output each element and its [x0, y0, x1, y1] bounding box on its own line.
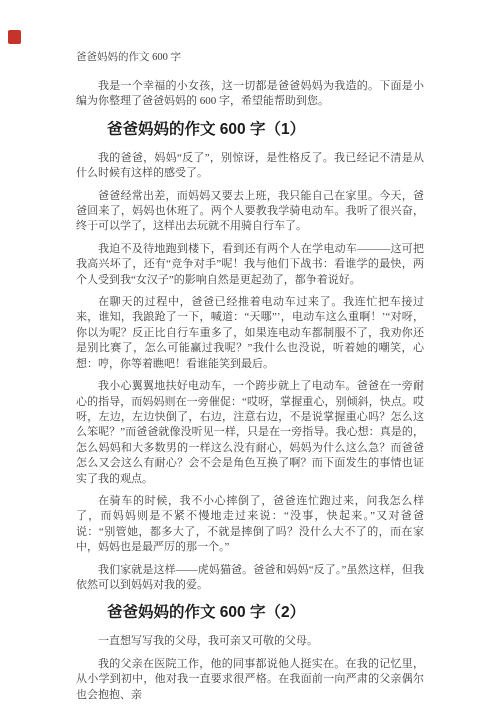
- intro-paragraph: 我是一个幸福的小女孩，这一切都是爸爸妈妈为我造的。下面是小编为你整理了爸爸妈妈的…: [76, 79, 424, 110]
- section-1-paragraph: 在聊天的过程中，爸爸已经推着电动车过来了。我连忙把车接过来，谁知，我踉跄了一下，…: [76, 295, 424, 372]
- section-1-paragraph: 我迫不及待地跑到楼下，看到还有两个人在学电动车———这可把我高兴坏了，还有“竞争…: [76, 242, 424, 288]
- section-1-paragraph: 爸爸经常出差，而妈妈又要去上班，我只能自己在家里。今天，爸爸回来了，妈妈也休班了…: [76, 189, 424, 235]
- section-1-paragraph: 我们家就是这样——虎妈猫爸。爸爸和妈妈“反了。”虽然这样，但我依然可以到妈妈对我…: [76, 563, 424, 594]
- section-1-paragraph: 我小心翼翼地扶好电动车，一个跨步就上了电动车。爸爸在一旁耐心的指导，而妈妈则在一…: [76, 379, 424, 487]
- document-kicker-title: 爸爸妈妈的作文 600 字: [76, 50, 424, 65]
- section-1-heading: 爸爸妈妈的作文 600 字（1）: [76, 119, 424, 140]
- red-corner-badge-icon: [8, 30, 21, 44]
- section-2-paragraph: 一直想写写我的父母，我可亲又可敬的父母。: [76, 634, 424, 649]
- section-1-paragraph: 在骑车的时候，我不小心摔倒了，爸爸连忙跑过来，问我怎么样了，而妈妈则是不紧不慢地…: [76, 494, 424, 556]
- section-2-paragraph: 我的父亲在医院工作，他的同事都说他人挺实在。在我的记忆里，从小学到初中，他对我一…: [76, 657, 424, 703]
- section-1-paragraph: 我的爸爸，妈妈“反了”，别惊讶，是性格反了。我已经记不清是从什么时候有这样的感受…: [76, 151, 424, 182]
- document-page: 爸爸妈妈的作文 600 字 我是一个幸福的小女孩，这一切都是爸爸妈妈为我造的。下…: [0, 0, 500, 707]
- section-2-heading: 爸爸妈妈的作文 600 字（2）: [76, 602, 424, 623]
